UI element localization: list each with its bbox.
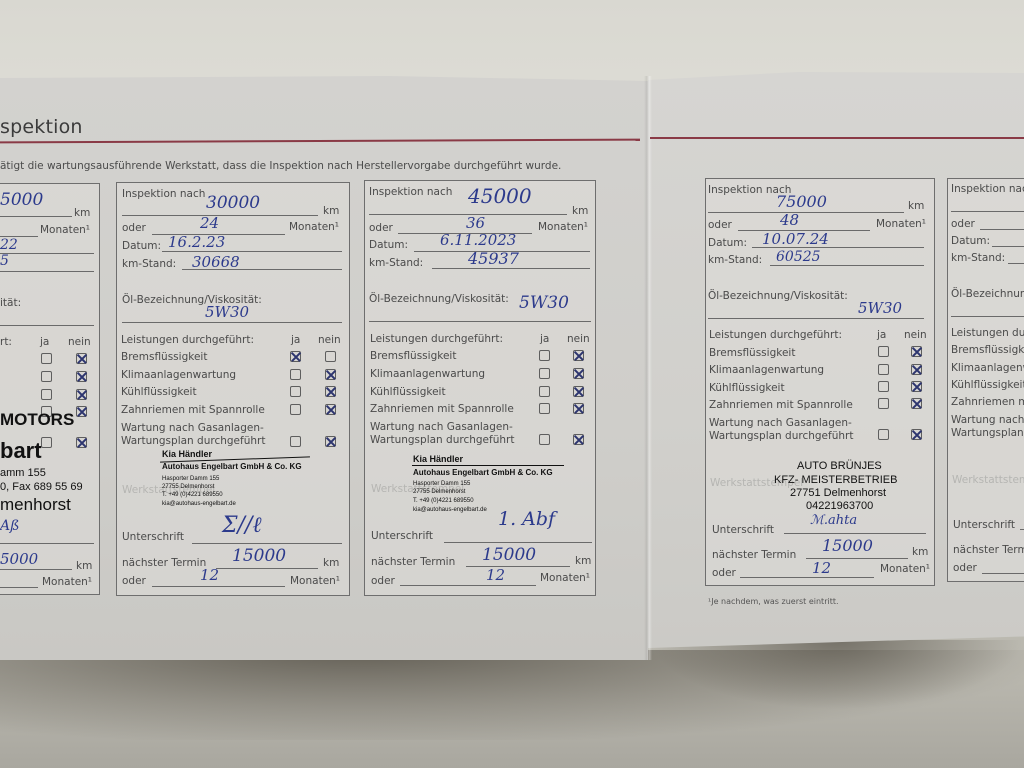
months-label: Monaten¹ (42, 576, 92, 588)
months-label: Monaten¹ (540, 572, 590, 584)
footnote: ¹Je nachdem, was zuerst eintritt. (708, 597, 839, 606)
field-line (152, 586, 285, 587)
interval-months-value: 24 (200, 214, 219, 232)
stamp-line: kia@autohaus-engelbart.de (413, 507, 487, 513)
book-gutter (644, 76, 652, 660)
inspection-after-label: Inspektion nach (122, 188, 205, 200)
km-reading-value: 45937 (468, 249, 519, 268)
stamp-line: Autohaus Engelbart GmbH & Co. KG (162, 462, 302, 471)
field-line (0, 587, 38, 588)
brake-fluid-no-checkbox[interactable] (573, 350, 584, 361)
brake-fluid-yes-checkbox[interactable] (878, 346, 889, 357)
stamp-line: 0, Fax 689 55 69 (0, 481, 83, 493)
next-km-value: 15000 (232, 546, 286, 566)
gas-service-yes-checkbox[interactable] (878, 429, 889, 440)
page-title: spektion (0, 116, 83, 138)
stamp-line: KFZ- MEISTERBETRIEB (774, 474, 897, 486)
interval-months-value: 48 (780, 211, 799, 229)
field-line (0, 543, 94, 544)
timing-belt-no-checkbox[interactable] (325, 404, 336, 415)
signature-line (192, 543, 342, 544)
interval-km-value: 30000 (206, 193, 260, 213)
brake-fluid-label: Bremsflüssigkeit (121, 351, 207, 363)
coolant-label: Kühlflüssigkeit (709, 382, 785, 394)
yes-header: ja (877, 329, 886, 341)
stamp-line: 04221963700 (806, 500, 873, 512)
months-label: Monaten¹ (40, 224, 90, 236)
oil-label: Öl-Bezeichnung/Viskosität: (951, 288, 1024, 300)
interval-months-value: 36 (466, 214, 485, 232)
field-line (0, 325, 94, 326)
field-line (0, 253, 94, 254)
gas-service-label-1: Wartung nach Gasanlagen- (370, 421, 513, 433)
signature-line (784, 533, 926, 534)
km-label: km (323, 205, 339, 217)
next-months-value: 12 (812, 559, 831, 577)
stamp-line: AUTO BRÜNJES (797, 460, 882, 472)
date-value: 16.2.23 (168, 233, 225, 251)
or-label: oder (369, 222, 393, 234)
gas-service-no-checkbox[interactable] (76, 437, 87, 448)
next-appointment-label: nächster Termin (371, 556, 455, 568)
field-line (122, 322, 342, 323)
gas-service-label-2: Wartungsplan durchgeführt (121, 435, 265, 447)
or-label: oder (122, 575, 146, 587)
gas-service-label-2: Wartungsplan durchgeführt (709, 430, 853, 442)
signature: Aß (0, 518, 19, 534)
field-line (980, 229, 1024, 230)
field-line (0, 271, 94, 272)
next-km-value: 15000 (482, 545, 536, 565)
coolant-yes-checkbox[interactable] (41, 389, 52, 400)
or-label: oder (712, 567, 736, 579)
brake-fluid-no-checkbox[interactable] (325, 351, 336, 362)
brake-fluid-no-checkbox[interactable] (76, 353, 87, 364)
brake-fluid-label: Bremsflüssigkeit (370, 350, 456, 362)
or-label: oder (371, 575, 395, 587)
field-line (740, 577, 874, 578)
timing-belt-no-checkbox[interactable] (573, 403, 584, 414)
stamp-line: bart (0, 438, 42, 464)
gas-service-yes-checkbox[interactable] (41, 437, 52, 448)
timing-belt-no-checkbox[interactable] (76, 406, 87, 417)
km-label: km (575, 555, 591, 567)
field-line (400, 585, 536, 586)
coolant-no-checkbox[interactable] (573, 386, 584, 397)
interval-km-value: 5000 (0, 190, 43, 210)
or-label: oder (122, 222, 146, 234)
signature-note: 1. Abf (498, 508, 555, 530)
oil-value: 5W30 (205, 303, 249, 321)
field-line (122, 215, 318, 216)
timing-belt-no-checkbox[interactable] (911, 398, 922, 409)
stamp-line: T. +49 (0)4221 689550 (413, 498, 474, 504)
title-rule-right (650, 137, 1024, 139)
field-line (369, 321, 591, 322)
brake-fluid-yes-checkbox[interactable] (539, 350, 550, 361)
months-label: Monaten¹ (290, 575, 340, 587)
gas-service-label-2: Wartungsplan durchgeführt (951, 427, 1024, 439)
stamp-line: MOTORS (0, 410, 74, 430)
timing-belt-yes-checkbox[interactable] (290, 404, 301, 415)
timing-belt-yes-checkbox[interactable] (539, 403, 550, 414)
signature-line (444, 542, 592, 543)
field-line (770, 265, 924, 266)
km-label: km (74, 207, 90, 219)
date-label: Datum: (708, 237, 747, 249)
inspection-after-label: Inspektion nach (369, 186, 452, 198)
yes-header: ja (40, 336, 49, 348)
field-line (0, 569, 72, 570)
timing-belt-label: Zahnriemen mit Spannrolle (951, 396, 1024, 408)
next-appointment-label: nächster Termin (712, 549, 796, 561)
gas-service-yes-checkbox[interactable] (539, 434, 550, 445)
field-line (1008, 263, 1024, 264)
field-line (708, 318, 924, 319)
km-label: km (908, 200, 924, 212)
km-label: km (323, 557, 339, 569)
ac-service-label: Klimaanlagenwartung (370, 368, 485, 380)
interval-km-value: 75000 (776, 192, 827, 211)
oil-label: Öl-Bezeichnung/Viskosität: (369, 293, 509, 305)
date-value: 22 (0, 237, 18, 253)
field-line (992, 246, 1024, 247)
stamp-line: Kia Händler (413, 454, 463, 464)
stamp-line: Hasporter Damm 155 (162, 476, 219, 482)
km-reading-label: km-Stand: (951, 252, 1005, 264)
stamp-line: Hasporter Damm 155 (413, 481, 470, 487)
gas-service-label-1: Wartung nach Gasanlagen- (709, 417, 852, 429)
brake-fluid-yes-checkbox[interactable] (41, 353, 52, 364)
signature-label: Unterschrift (953, 519, 1015, 531)
brake-fluid-label: Bremsflüssigkeit (951, 344, 1024, 356)
stamp-line: kia@autohaus-engelbart.de (162, 501, 236, 507)
coolant-no-checkbox[interactable] (911, 381, 922, 392)
months-label: Monaten¹ (289, 221, 339, 233)
date-label: Datum: (369, 239, 408, 251)
months-label: Monaten¹ (538, 221, 588, 233)
gas-service-no-checkbox[interactable] (325, 436, 336, 447)
ac-no-checkbox[interactable] (573, 368, 584, 379)
km-reading-value: 60525 (776, 249, 821, 265)
km-reading-value: 5 (0, 253, 9, 269)
ac-yes-checkbox[interactable] (290, 369, 301, 380)
oil-label: Öl-Bezeichnung/Viskosität: (708, 290, 848, 302)
coolant-no-checkbox[interactable] (76, 389, 87, 400)
next-months-value: 12 (200, 566, 219, 584)
signature-scribble: Ʃ//ℓ (222, 512, 262, 538)
field-line (182, 269, 342, 270)
gas-service-label-1: Wartung nach Gasanlagen- (121, 422, 264, 434)
ac-no-checkbox[interactable] (911, 364, 922, 375)
coolant-yes-checkbox[interactable] (878, 381, 889, 392)
stamp-line: amm 155 (0, 467, 46, 479)
or-label: oder (953, 562, 977, 574)
oil-label-fragment: ität: (0, 297, 21, 309)
ac-no-checkbox[interactable] (325, 369, 336, 380)
field-line (0, 216, 72, 217)
brake-fluid-no-checkbox[interactable] (911, 346, 922, 357)
next-km-value: 5000 (0, 550, 38, 568)
no-header: nein (68, 336, 91, 348)
or-label: oder (708, 219, 732, 231)
signature-scribble: ℳ.ahta (810, 513, 857, 528)
months-label: Monaten¹ (876, 218, 926, 230)
services-label: Leistungen durchgeführt: (370, 333, 503, 345)
coolant-yes-checkbox[interactable] (290, 386, 301, 397)
ac-service-label: Klimaanlagenwartung (121, 369, 236, 381)
signature-label: Unterschrift (371, 530, 433, 542)
yes-header: ja (540, 333, 549, 345)
km-reading-label: km-Stand: (369, 257, 423, 269)
page-subtitle: ätigt die wartungsausführende Werkstatt,… (0, 160, 561, 172)
km-label: km (76, 560, 92, 572)
next-appointment-label: nächster Termin (953, 544, 1024, 556)
services-label-fragment: rt: (0, 336, 12, 348)
gas-service-label-2: Wartungsplan durchgeführt (370, 434, 514, 446)
ac-no-checkbox[interactable] (76, 371, 87, 382)
stamp-line: menhorst (0, 495, 71, 515)
field-line (982, 573, 1024, 574)
km-label: km (912, 546, 928, 558)
field-line (951, 316, 1024, 317)
ac-service-label: Klimaanlagenwartung (709, 364, 824, 376)
next-months-value: 12 (486, 566, 505, 584)
next-appointment-label: nächster Termin (122, 557, 206, 569)
stamp-line: 27755 Delmenhorst (162, 484, 214, 490)
stamp-line: 27751 Delmenhorst (790, 487, 886, 499)
brake-fluid-yes-checkbox[interactable] (290, 351, 301, 362)
months-label: Monaten¹ (880, 563, 930, 575)
timing-belt-label: Zahnriemen mit Spannrolle (370, 403, 514, 415)
signature-label: Unterschrift (712, 524, 774, 536)
brake-fluid-label: Bremsflüssigkeit (709, 347, 795, 359)
oil-value: 5W30 (519, 293, 569, 313)
workshop-stamp-label: Werkstattstempel (952, 474, 1024, 486)
date-label: Datum: (951, 235, 990, 247)
field-line (432, 268, 590, 269)
field-line (162, 251, 342, 252)
date-value: 6.11.2023 (440, 231, 516, 249)
stamp-line: 27755 Delmenhorst (413, 489, 465, 495)
timing-belt-label: Zahnriemen mit Spannrolle (121, 404, 265, 416)
signature-label: Unterschrift (122, 531, 184, 543)
stamp-line: Kia Händler (162, 449, 212, 459)
km-label: km (572, 205, 588, 217)
gas-service-yes-checkbox[interactable] (290, 436, 301, 447)
field-line (216, 568, 318, 569)
or-label: oder (951, 218, 975, 230)
stamp-line: Autohaus Engelbart GmbH & Co. KG (413, 468, 553, 477)
ac-yes-checkbox[interactable] (878, 364, 889, 375)
field-line (951, 211, 1024, 212)
table-shadow-right (650, 640, 1024, 710)
interval-km-value: 45000 (468, 184, 532, 208)
date-label: Datum: (122, 240, 161, 252)
km-reading-label: km-Stand: (122, 258, 176, 270)
no-header: nein (904, 329, 927, 341)
ac-service-label: Klimaanlagenwartung (951, 362, 1024, 374)
gas-service-no-checkbox[interactable] (911, 429, 922, 440)
services-label: Leistungen durchgeführt: (121, 334, 254, 346)
services-label: Leistungen durchgeführt: (951, 327, 1024, 339)
field-line (466, 566, 570, 567)
field-line (1020, 529, 1024, 530)
gas-service-label-1: Wartung nach Gasanlagen- (951, 414, 1024, 426)
no-header: nein (318, 334, 341, 346)
timing-belt-yes-checkbox[interactable] (878, 398, 889, 409)
stamp-line: T. +49 (0)4221 689550 (162, 492, 223, 498)
ac-yes-checkbox[interactable] (539, 368, 550, 379)
oil-value: 5W30 (858, 299, 902, 317)
coolant-label: Kühlflüssigkeit (121, 386, 197, 398)
coolant-no-checkbox[interactable] (325, 386, 336, 397)
stamp-rule (412, 465, 564, 466)
no-header: nein (567, 333, 590, 345)
km-reading-label: km-Stand: (708, 254, 762, 266)
yes-header: ja (291, 334, 300, 346)
inspection-after-label: Inspektion nach (951, 183, 1024, 195)
field-line (752, 247, 924, 248)
date-value: 10.07.24 (762, 230, 829, 248)
timing-belt-label: Zahnriemen mit Spannrolle (709, 399, 853, 411)
next-km-value: 15000 (822, 536, 873, 555)
coolant-label: Kühlflüssigkeit (370, 386, 446, 398)
ac-yes-checkbox[interactable] (41, 371, 52, 382)
field-line (708, 212, 904, 213)
gas-service-no-checkbox[interactable] (573, 434, 584, 445)
coolant-yes-checkbox[interactable] (539, 386, 550, 397)
coolant-label: Kühlflüssigkeit (951, 379, 1024, 391)
services-label: Leistungen durchgeführt: (709, 329, 842, 341)
